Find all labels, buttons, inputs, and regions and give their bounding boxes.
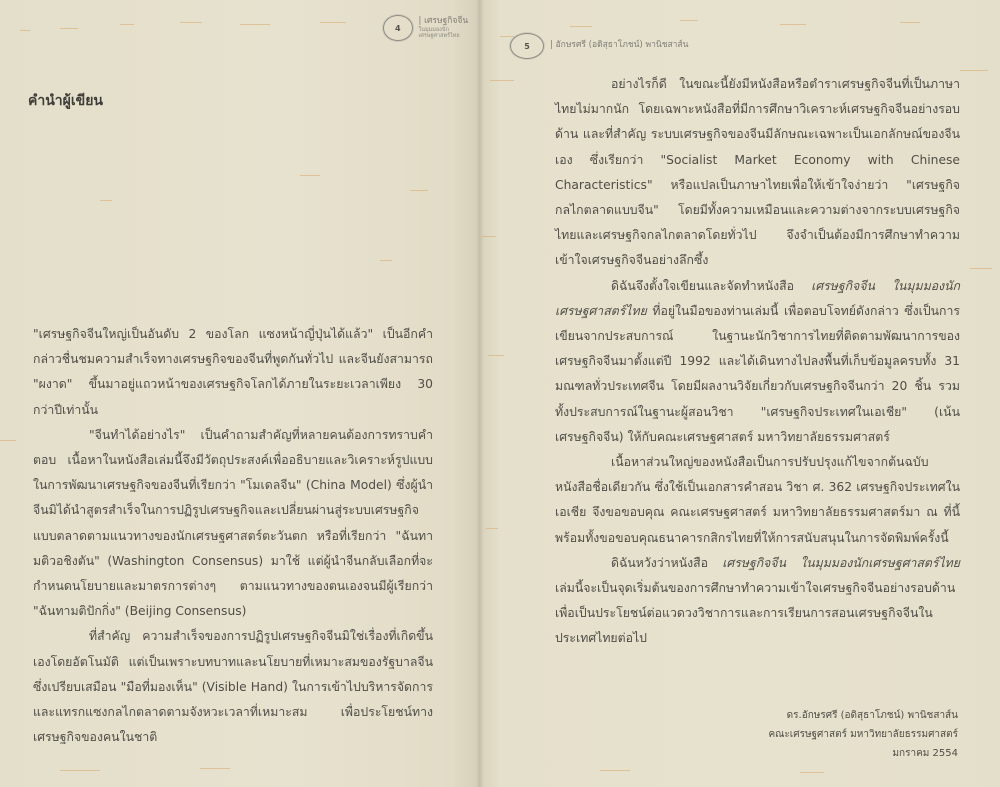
author-affiliation: คณะเศรษฐศาสตร์ มหาวิทยาลัยธรรมศาสตร์ [768, 725, 958, 744]
running-header-title: | เศรษฐกิจจีน [419, 16, 469, 26]
paragraph: ที่สำคัญ ความสำเร็จของการปฏิรูปเศรษฐกิจจ… [33, 624, 433, 750]
left-folio: 4 | เศรษฐกิจจีน ในมุมมองนักเศรษฐศาสตร์ไท… [383, 15, 480, 41]
paragraph: ดิฉันจึงตั้งใจเขียนและจัดทำหนังสือ เศรษฐ… [555, 274, 960, 450]
signature-date: มกราคม 2554 [768, 744, 958, 763]
gutter-fold [476, 0, 484, 787]
paragraph: "เศรษฐกิจจีนใหญ่เป็นอันดับ 2 ของโลก แซงห… [33, 322, 433, 423]
page-heading: คำนำผู้เขียน [28, 90, 103, 112]
paragraph-text: ดิฉันหวังว่าหนังสือ [611, 556, 722, 570]
paragraph-text: ที่อยู่ในมือของท่านเล่มนี้ เพื่อตอบโจทย์… [555, 304, 960, 444]
running-header: | เศรษฐกิจจีน ในมุมมองนักเศรษฐศาสตร์ไทย [419, 17, 480, 38]
page-number-badge: 5 [510, 33, 544, 59]
page-number-badge: 4 [383, 15, 413, 41]
paragraph: อย่างไรก็ดี ในขณะนี้ยังมีหนังสือหรือตำรา… [555, 72, 960, 274]
paragraph: "จีนทำได้อย่างไร" เป็นคำถามสำคัญที่หลายค… [33, 423, 433, 625]
author-signature: ดร.อักษรศรี (อดิสุธาโภชน์) พานิชสาส์น คณ… [768, 706, 958, 763]
paragraph-text: เล่มนี้จะเป็นจุดเริ่มต้นของการศึกษาทำควา… [555, 581, 955, 645]
paragraph: เนื้อหาส่วนใหญ่ของหนังสือเป็นการปรับปรุง… [555, 450, 960, 551]
paragraph: ดิฉันหวังว่าหนังสือ เศรษฐกิจจีน ในมุมมอง… [555, 551, 960, 652]
running-header-title: | อักษรศรี (อดิสุธาโภชน์) พานิชสาส์น [550, 40, 688, 50]
page-number: 4 [395, 24, 401, 33]
left-body-text: "เศรษฐกิจจีนใหญ่เป็นอันดับ 2 ของโลก แซงห… [33, 322, 433, 750]
running-header-subtitle: ในมุมมองนักเศรษฐศาสตร์ไทย [419, 27, 480, 39]
book-title-italic: เศรษฐกิจจีน ในมุมมองนักเศรษฐศาสตร์ไทย [722, 556, 960, 570]
book-spread: 4 | เศรษฐกิจจีน ในมุมมองนักเศรษฐศาสตร์ไท… [0, 0, 1000, 787]
right-body-text: อย่างไรก็ดี ในขณะนี้ยังมีหนังสือหรือตำรา… [555, 72, 960, 652]
page-number: 5 [524, 42, 530, 51]
author-name: ดร.อักษรศรี (อดิสุธาโภชน์) พานิชสาส์น [768, 706, 958, 725]
running-header: | อักษรศรี (อดิสุธาโภชน์) พานิชสาส์น [550, 41, 688, 50]
right-folio: 5 | อักษรศรี (อดิสุธาโภชน์) พานิชสาส์น [510, 33, 688, 59]
left-page: 4 | เศรษฐกิจจีน ในมุมมองนักเศรษฐศาสตร์ไท… [0, 0, 480, 787]
paragraph-text: ดิฉันจึงตั้งใจเขียนและจัดทำหนังสือ [611, 279, 811, 293]
